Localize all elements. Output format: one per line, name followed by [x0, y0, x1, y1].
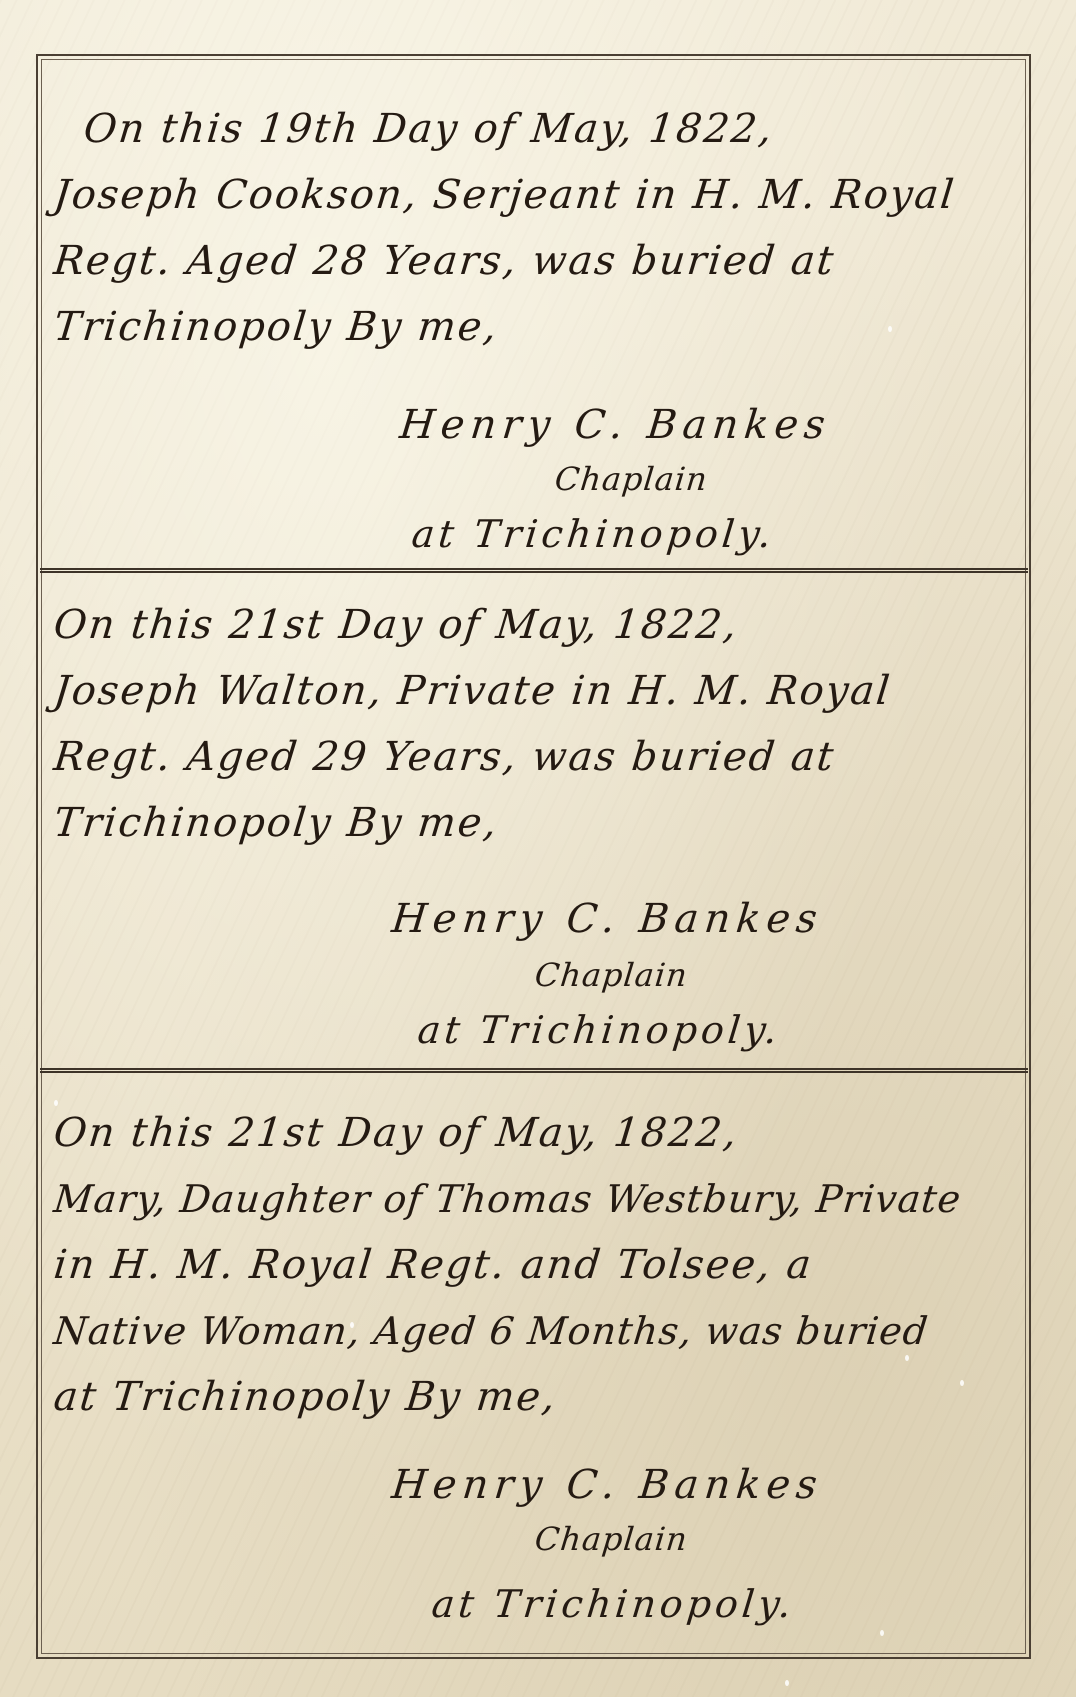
entry-line: On this 19th Day of May, 1822, [51, 96, 1004, 162]
signature-title: Chaplain [553, 460, 710, 498]
entry-line: in H. M. Royal Regt. and Tolsee, a [51, 1232, 1004, 1298]
register-entry-3: On this 21st Day of May, 1822, Mary, Dau… [40, 1100, 1030, 1430]
glare-speck [888, 326, 892, 332]
register-entry-2: On this 21st Day of May, 1822, Joseph Wa… [40, 592, 1030, 856]
signature-name: Henry C. Bankes [398, 402, 834, 448]
entry-line: On this 21st Day of May, 1822, [51, 1100, 1004, 1166]
entry-line: Regt. Aged 28 Years, was buried at [51, 228, 1004, 294]
signature-name: Henry C. Bankes [390, 896, 826, 942]
entry-divider [40, 568, 1028, 573]
entry-line: On this 21st Day of May, 1822, [51, 592, 1004, 658]
glare-speck [960, 1380, 964, 1386]
entry-line: Regt. Aged 29 Years, was buried at [51, 724, 1004, 790]
entry-line: Trichinopoly By me, [51, 294, 1004, 360]
glare-speck [905, 1355, 909, 1361]
entry-line: Mary, Daughter of Thomas Westbury, Priva… [51, 1166, 1004, 1232]
entry-line: at Trichinopoly By me, [51, 1364, 1004, 1430]
glare-speck [350, 1322, 354, 1328]
entry-line: Trichinopoly By me, [51, 790, 1004, 856]
glare-speck [880, 1630, 884, 1636]
entry-divider [40, 1068, 1028, 1073]
signature-title: Chaplain [533, 1520, 690, 1558]
signature-place: at Trichinopoly. [416, 1008, 783, 1052]
glare-speck [785, 1680, 789, 1686]
entry-line: Native Woman, Aged 6 Months, was buried [51, 1298, 1004, 1364]
signature-place: at Trichinopoly. [430, 1582, 797, 1626]
entry-line: Joseph Walton, Private in H. M. Royal [51, 658, 1004, 724]
register-entry-1: On this 19th Day of May, 1822, Joseph Co… [40, 96, 1030, 360]
entry-line: Joseph Cookson, Serjeant in H. M. Royal [51, 162, 1004, 228]
signature-place: at Trichinopoly. [410, 512, 777, 556]
signature-title: Chaplain [533, 956, 690, 994]
signature-name: Henry C. Bankes [390, 1462, 826, 1508]
glare-speck [54, 1100, 58, 1106]
